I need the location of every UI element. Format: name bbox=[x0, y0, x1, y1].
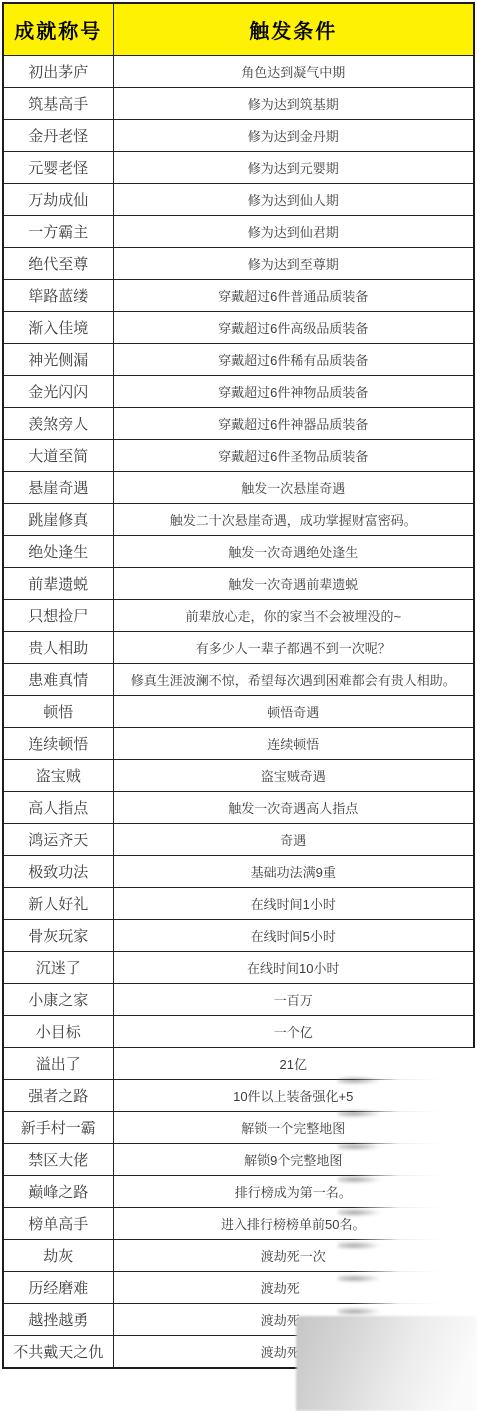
table-row: 渐入佳境穿戴超过6件高级品质装备 bbox=[3, 312, 474, 344]
achievement-guide-page: 成就称号 触发条件 初出茅庐角色达到凝气中期筑基高手修为达到筑基期金丹老怪修为达… bbox=[0, 0, 477, 1411]
trigger-condition-text: 角色达到凝气中期 bbox=[241, 65, 345, 80]
table-row: 绝代至尊修为达到至尊期 bbox=[3, 248, 474, 280]
trigger-condition-text: 在线时间10小时 bbox=[247, 961, 339, 976]
trigger-condition: 在线时间1小时 bbox=[113, 888, 474, 920]
trigger-condition: 穿戴超过6件稀有品质装备 bbox=[113, 344, 474, 376]
achievement-title: 新手村一霸 bbox=[3, 1112, 113, 1144]
achievement-title: 盗宝贼 bbox=[3, 760, 113, 792]
table-row: 禁区大佬解锁9个完整地图 bbox=[3, 1144, 474, 1176]
trigger-condition: 奇遇 bbox=[113, 824, 474, 856]
trigger-condition-text: 盗宝贼奇遇 bbox=[261, 769, 326, 784]
achievement-title: 巅峰之路 bbox=[3, 1176, 113, 1208]
trigger-condition: 一个亿 bbox=[113, 1016, 474, 1048]
trigger-condition: 穿戴超过6件高级品质装备 bbox=[113, 312, 474, 344]
table-row: 顿悟顿悟奇遇 bbox=[3, 696, 474, 728]
trigger-condition: 连续顿悟 bbox=[113, 728, 474, 760]
table-row: 巅峰之路排行榜成为第一名。 bbox=[3, 1176, 474, 1208]
trigger-condition: 触发二十次悬崖奇遇，成功掌握财富密码。 bbox=[113, 504, 474, 536]
trigger-condition-text: 在线时间1小时 bbox=[251, 897, 336, 912]
trigger-condition-text: 21亿 bbox=[280, 1057, 307, 1072]
achievement-title: 神光侧漏 bbox=[3, 344, 113, 376]
table-header: 成就称号 触发条件 bbox=[3, 3, 474, 56]
trigger-condition: 有多少人一辈子都遇不到一次呢？ bbox=[113, 632, 474, 664]
trigger-condition: 穿戴超过6件圣物品质装备 bbox=[113, 440, 474, 472]
trigger-condition: 修为达到金丹期 bbox=[113, 120, 474, 152]
trigger-condition: 穿戴超过6件普通品质装备 bbox=[113, 280, 474, 312]
achievement-title: 绝处逢生 bbox=[3, 536, 113, 568]
achievement-title: 小目标 bbox=[3, 1016, 113, 1048]
trigger-condition: 21亿 bbox=[113, 1048, 474, 1080]
trigger-condition: 渡劫死 bbox=[113, 1304, 474, 1336]
achievement-title: 禁区大佬 bbox=[3, 1144, 113, 1176]
trigger-condition-text: 前辈放心走，你的家当不会被埋没的~ bbox=[185, 609, 401, 624]
column-header-achievement-title: 成就称号 bbox=[3, 3, 113, 56]
trigger-condition: 顿悟奇遇 bbox=[113, 696, 474, 728]
trigger-condition: 触发一次奇遇高人指点 bbox=[113, 792, 474, 824]
trigger-condition: 渡劫死 bbox=[113, 1272, 474, 1304]
achievement-title: 跳崖修真 bbox=[3, 504, 113, 536]
achievement-title: 不共戴天之仇 bbox=[3, 1336, 113, 1369]
trigger-condition-text: 进入排行榜榜单前50名。 bbox=[221, 1217, 365, 1232]
trigger-condition-text: 触发一次悬崖奇遇 bbox=[241, 481, 345, 496]
trigger-condition: 基础功法满9重 bbox=[113, 856, 474, 888]
trigger-condition: 渡劫死 bbox=[113, 1336, 474, 1369]
table-row: 新手村一霸解锁一个完整地图 bbox=[3, 1112, 474, 1144]
achievement-title: 金光闪闪 bbox=[3, 376, 113, 408]
trigger-condition-text: 10件以上装备强化+5 bbox=[233, 1089, 353, 1104]
trigger-condition-text: 渡劫死 bbox=[261, 1313, 300, 1328]
table-row: 强者之路10件以上装备强化+5 bbox=[3, 1080, 474, 1112]
achievement-title: 金丹老怪 bbox=[3, 120, 113, 152]
trigger-condition-text: 修为达到元婴期 bbox=[248, 161, 339, 176]
achievement-title: 筚路蓝缕 bbox=[3, 280, 113, 312]
trigger-condition-text: 修为达到仙人期 bbox=[248, 193, 339, 208]
trigger-condition-text: 修为达到至尊期 bbox=[248, 257, 339, 272]
achievement-title: 元婴老怪 bbox=[3, 152, 113, 184]
achievement-title: 新人好礼 bbox=[3, 888, 113, 920]
table-row: 极致功法基础功法满9重 bbox=[3, 856, 474, 888]
table-row: 历经磨难渡劫死 bbox=[3, 1272, 474, 1304]
achievement-title: 鸿运齐天 bbox=[3, 824, 113, 856]
achievement-title: 悬崖奇遇 bbox=[3, 472, 113, 504]
trigger-condition-text: 修为达到仙君期 bbox=[248, 225, 339, 240]
table-row: 患难真情修真生涯波澜不惊，希望每次遇到困难都会有贵人相助。 bbox=[3, 664, 474, 696]
table-row: 骨灰玩家在线时间5小时 bbox=[3, 920, 474, 952]
trigger-condition: 修为达到至尊期 bbox=[113, 248, 474, 280]
trigger-condition-text: 一百万 bbox=[274, 993, 313, 1008]
trigger-condition-text: 顿悟奇遇 bbox=[267, 705, 319, 720]
table-row: 羡煞旁人穿戴超过6件神器品质装备 bbox=[3, 408, 474, 440]
table-row: 绝处逢生触发一次奇遇绝处逢生 bbox=[3, 536, 474, 568]
achievement-title: 初出茅庐 bbox=[3, 56, 113, 88]
table-row: 越挫越勇渡劫死 bbox=[3, 1304, 474, 1336]
achievement-title: 大道至简 bbox=[3, 440, 113, 472]
achievement-title: 羡煞旁人 bbox=[3, 408, 113, 440]
achievement-title: 溢出了 bbox=[3, 1048, 113, 1080]
trigger-condition-text: 穿戴超过6件神器品质装备 bbox=[218, 417, 368, 432]
trigger-condition-text: 一个亿 bbox=[274, 1025, 313, 1040]
achievement-title: 小康之家 bbox=[3, 984, 113, 1016]
table-row: 筑基高手修为达到筑基期 bbox=[3, 88, 474, 120]
trigger-condition: 解锁一个完整地图 bbox=[113, 1112, 474, 1144]
table-row: 不共戴天之仇渡劫死 bbox=[3, 1336, 474, 1369]
table-row: 贵人相助有多少人一辈子都遇不到一次呢？ bbox=[3, 632, 474, 664]
trigger-condition: 修为达到筑基期 bbox=[113, 88, 474, 120]
trigger-condition-text: 在线时间5小时 bbox=[251, 929, 336, 944]
achievement-title: 万劫成仙 bbox=[3, 184, 113, 216]
table-row: 新人好礼在线时间1小时 bbox=[3, 888, 474, 920]
trigger-condition-text: 触发一次奇遇前辈遗蜕 bbox=[228, 577, 358, 592]
achievement-title: 强者之路 bbox=[3, 1080, 113, 1112]
trigger-condition-text: 穿戴超过6件普通品质装备 bbox=[218, 289, 368, 304]
trigger-condition-text: 触发一次奇遇绝处逢生 bbox=[228, 545, 358, 560]
trigger-condition-text: 基础功法满9重 bbox=[251, 865, 336, 880]
table-row: 元婴老怪修为达到元婴期 bbox=[3, 152, 474, 184]
table-row: 神光侧漏穿戴超过6件稀有品质装备 bbox=[3, 344, 474, 376]
achievement-title: 贵人相助 bbox=[3, 632, 113, 664]
trigger-condition: 穿戴超过6件神器品质装备 bbox=[113, 408, 474, 440]
achievement-title: 沉迷了 bbox=[3, 952, 113, 984]
trigger-condition-text: 穿戴超过6件稀有品质装备 bbox=[218, 353, 368, 368]
trigger-condition: 角色达到凝气中期 bbox=[113, 56, 474, 88]
achievement-title: 前辈遗蜕 bbox=[3, 568, 113, 600]
trigger-condition-text: 连续顿悟 bbox=[267, 737, 319, 752]
trigger-condition: 在线时间10小时 bbox=[113, 952, 474, 984]
trigger-condition: 触发一次奇遇前辈遗蜕 bbox=[113, 568, 474, 600]
trigger-condition: 排行榜成为第一名。 bbox=[113, 1176, 474, 1208]
trigger-condition-text: 奇遇 bbox=[280, 833, 306, 848]
achievement-title: 高人指点 bbox=[3, 792, 113, 824]
achievement-title: 绝代至尊 bbox=[3, 248, 113, 280]
trigger-condition: 解锁9个完整地图 bbox=[113, 1144, 474, 1176]
table-row: 沉迷了在线时间10小时 bbox=[3, 952, 474, 984]
table-row: 高人指点触发一次奇遇高人指点 bbox=[3, 792, 474, 824]
trigger-condition: 修为达到仙君期 bbox=[113, 216, 474, 248]
table-row: 鸿运齐天奇遇 bbox=[3, 824, 474, 856]
table-row: 前辈遗蜕触发一次奇遇前辈遗蜕 bbox=[3, 568, 474, 600]
trigger-condition-text: 排行榜成为第一名。 bbox=[235, 1185, 352, 1200]
trigger-condition: 前辈放心走，你的家当不会被埋没的~ bbox=[113, 600, 474, 632]
table-row: 溢出了21亿 bbox=[3, 1048, 474, 1080]
table-body: 初出茅庐角色达到凝气中期筑基高手修为达到筑基期金丹老怪修为达到金丹期元婴老怪修为… bbox=[3, 56, 474, 1369]
header-row: 成就称号 触发条件 bbox=[3, 3, 474, 56]
trigger-condition-text: 穿戴超过6件神物品质装备 bbox=[218, 385, 368, 400]
trigger-condition-text: 有多少人一辈子都遇不到一次呢？ bbox=[196, 641, 391, 656]
table-row: 小康之家一百万 bbox=[3, 984, 474, 1016]
table-row: 榜单高手进入排行榜榜单前50名。 bbox=[3, 1208, 474, 1240]
trigger-condition-text: 解锁9个完整地图 bbox=[244, 1153, 342, 1168]
achievement-title: 只想捡尸 bbox=[3, 600, 113, 632]
achievement-title: 渐入佳境 bbox=[3, 312, 113, 344]
trigger-condition-text: 穿戴超过6件高级品质装备 bbox=[218, 321, 368, 336]
trigger-condition: 触发一次悬崖奇遇 bbox=[113, 472, 474, 504]
achievement-title: 筑基高手 bbox=[3, 88, 113, 120]
trigger-condition: 修为达到元婴期 bbox=[113, 152, 474, 184]
table-row: 连续顿悟连续顿悟 bbox=[3, 728, 474, 760]
table-row: 金丹老怪修为达到金丹期 bbox=[3, 120, 474, 152]
table-row: 初出茅庐角色达到凝气中期 bbox=[3, 56, 474, 88]
trigger-condition: 渡劫死一次 bbox=[113, 1240, 474, 1272]
trigger-condition: 进入排行榜榜单前50名。 bbox=[113, 1208, 474, 1240]
trigger-condition: 一百万 bbox=[113, 984, 474, 1016]
table-row: 只想捡尸前辈放心走，你的家当不会被埋没的~ bbox=[3, 600, 474, 632]
table-row: 悬崖奇遇触发一次悬崖奇遇 bbox=[3, 472, 474, 504]
trigger-condition: 修真生涯波澜不惊，希望每次遇到困难都会有贵人相助。 bbox=[113, 664, 474, 696]
trigger-condition: 修为达到仙人期 bbox=[113, 184, 474, 216]
trigger-condition-text: 触发二十次悬崖奇遇，成功掌握财富密码。 bbox=[170, 513, 417, 528]
trigger-condition-text: 触发一次奇遇高人指点 bbox=[228, 801, 358, 816]
achievement-title: 顿悟 bbox=[3, 696, 113, 728]
table-row: 跳崖修真触发二十次悬崖奇遇，成功掌握财富密码。 bbox=[3, 504, 474, 536]
table-row: 盗宝贼盗宝贼奇遇 bbox=[3, 760, 474, 792]
trigger-condition-text: 修真生涯波澜不惊，希望每次遇到困难都会有贵人相助。 bbox=[131, 673, 456, 688]
column-header-trigger-condition: 触发条件 bbox=[113, 3, 474, 56]
trigger-condition: 10件以上装备强化+5 bbox=[113, 1080, 474, 1112]
trigger-condition-text: 修为达到金丹期 bbox=[248, 129, 339, 144]
achievement-title: 骨灰玩家 bbox=[3, 920, 113, 952]
trigger-condition: 触发一次奇遇绝处逢生 bbox=[113, 536, 474, 568]
table-row: 一方霸主修为达到仙君期 bbox=[3, 216, 474, 248]
achievement-title: 连续顿悟 bbox=[3, 728, 113, 760]
table-row: 小目标一个亿 bbox=[3, 1016, 474, 1048]
achievement-title: 劫灰 bbox=[3, 1240, 113, 1272]
table-row: 金光闪闪穿戴超过6件神物品质装备 bbox=[3, 376, 474, 408]
achievement-title: 越挫越勇 bbox=[3, 1304, 113, 1336]
table-row: 大道至简穿戴超过6件圣物品质装备 bbox=[3, 440, 474, 472]
achievement-title: 榜单高手 bbox=[3, 1208, 113, 1240]
trigger-condition-text: 解锁一个完整地图 bbox=[241, 1121, 345, 1136]
trigger-condition-text: 修为达到筑基期 bbox=[248, 97, 339, 112]
achievement-title: 极致功法 bbox=[3, 856, 113, 888]
trigger-condition-text: 渡劫死一次 bbox=[261, 1249, 326, 1264]
trigger-condition-text: 渡劫死 bbox=[261, 1281, 300, 1296]
achievement-title: 一方霸主 bbox=[3, 216, 113, 248]
achievement-table: 成就称号 触发条件 初出茅庐角色达到凝气中期筑基高手修为达到筑基期金丹老怪修为达… bbox=[2, 2, 475, 1369]
trigger-condition: 穿戴超过6件神物品质装备 bbox=[113, 376, 474, 408]
achievement-title: 历经磨难 bbox=[3, 1272, 113, 1304]
trigger-condition: 盗宝贼奇遇 bbox=[113, 760, 474, 792]
trigger-condition-text: 穿戴超过6件圣物品质装备 bbox=[218, 449, 368, 464]
achievement-title: 患难真情 bbox=[3, 664, 113, 696]
trigger-condition-text: 渡劫死 bbox=[261, 1345, 300, 1360]
table-row: 万劫成仙修为达到仙人期 bbox=[3, 184, 474, 216]
table-row: 劫灰渡劫死一次 bbox=[3, 1240, 474, 1272]
table-row: 筚路蓝缕穿戴超过6件普通品质装备 bbox=[3, 280, 474, 312]
trigger-condition: 在线时间5小时 bbox=[113, 920, 474, 952]
